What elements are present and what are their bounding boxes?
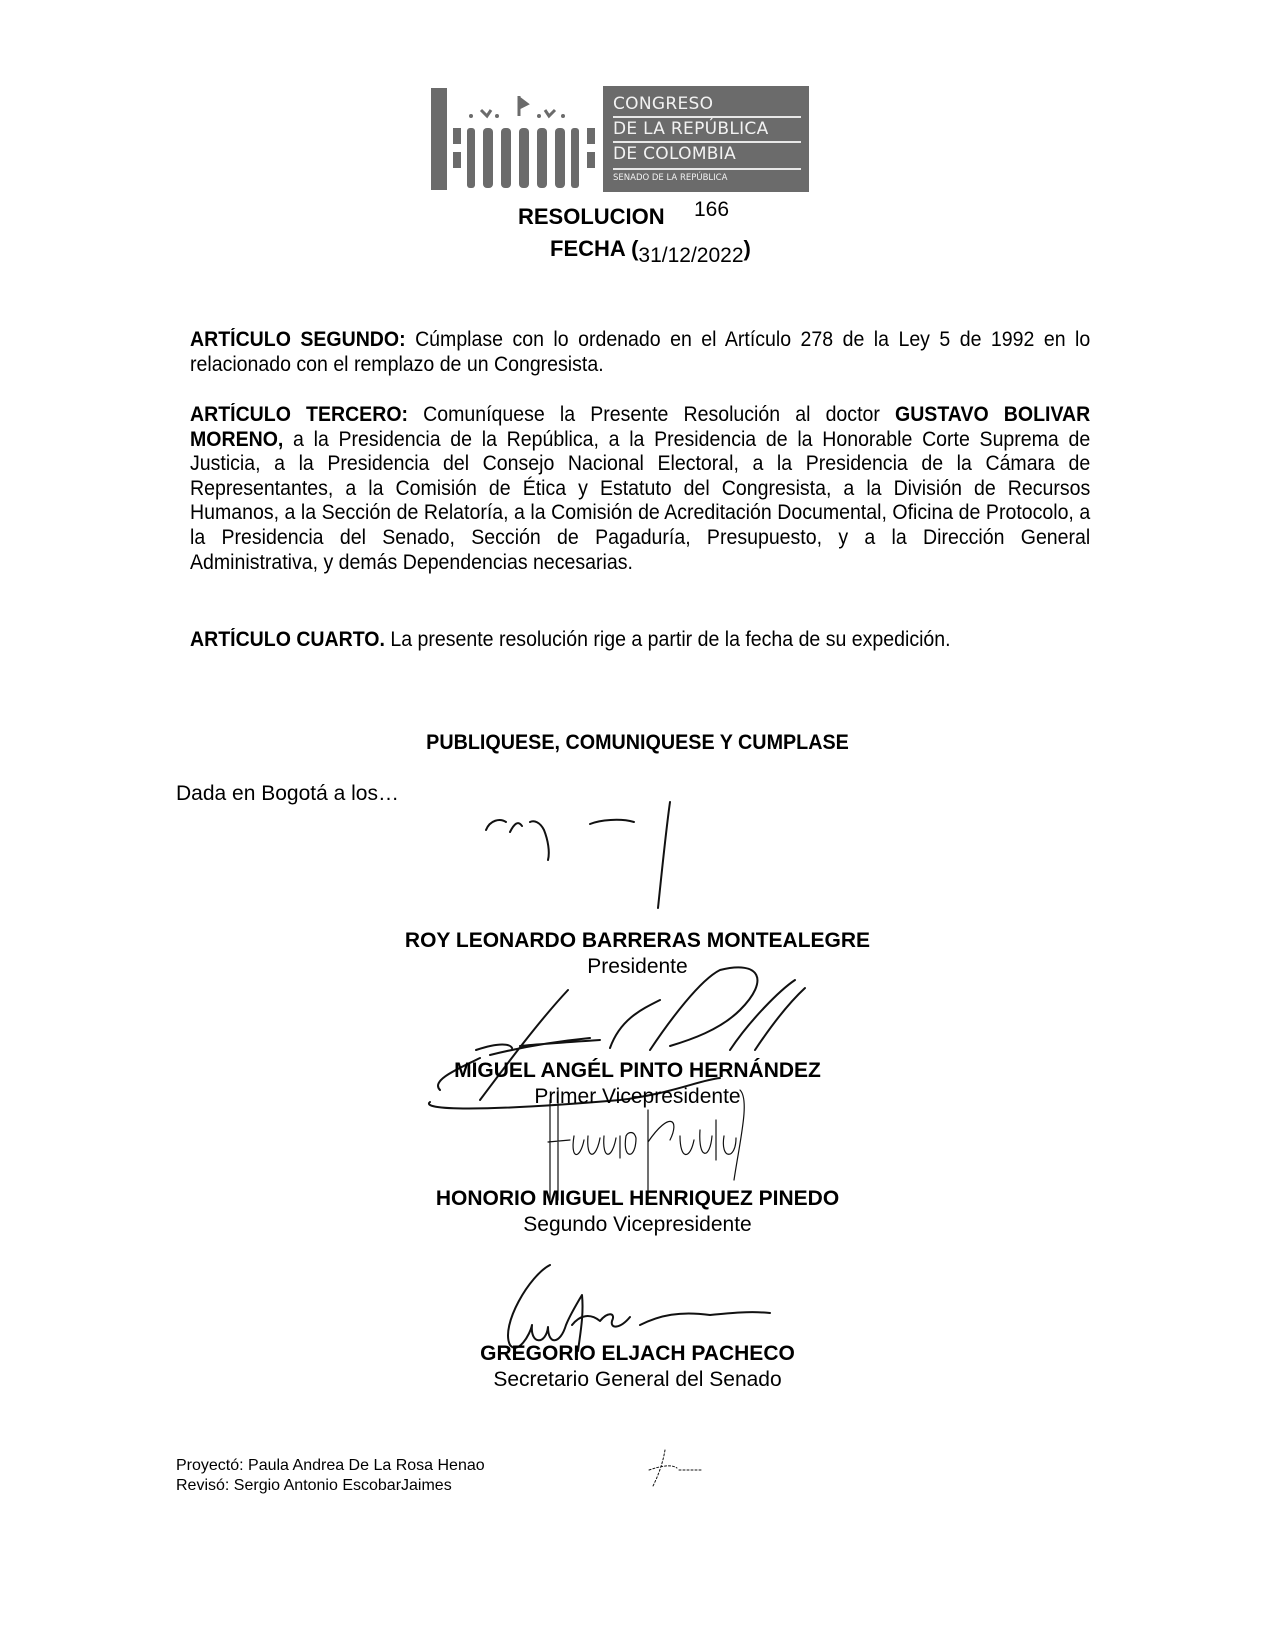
resolution-header: RESOLUCION 166 (518, 204, 665, 230)
signatory-secretary: GREGORIO ELJACH PACHECO Secretario Gener… (0, 1341, 1275, 1393)
article-text: a la Presidencia de la República, a la P… (190, 428, 1090, 574)
resolution-date: FECHA (31/12/2022) (550, 236, 751, 262)
logo-text-box: CONGRESO DE LA REPÚBLICA DE COLOMBIA SEN… (603, 86, 809, 192)
signatory-president: ROY LEONARDO BARRERAS MONTEALEGRE Presid… (0, 928, 1275, 980)
document-page: CONGRESO DE LA REPÚBLICA DE COLOMBIA SEN… (0, 0, 1275, 1650)
projected-by: Proyectó: Paula Andrea De La Rosa Henao (176, 1456, 485, 1476)
signatory-name: HONORIO MIGUEL HENRIQUEZ PINEDO (0, 1186, 1275, 1212)
resolution-number: 166 (694, 198, 729, 222)
reviewed-by: Revisó: Sergio Antonio EscobarJaimes (176, 1476, 485, 1496)
signatory-role: Presidente (0, 954, 1275, 980)
logo-line-congreso: CONGRESO (613, 94, 801, 114)
article-text: La presente resolución rige a partir de … (385, 628, 951, 651)
signature-secretary-icon (490, 1255, 790, 1355)
article-text: Comuníquese la Presente Resolución al do… (408, 403, 895, 426)
signatory-name: ROY LEONARDO BARRERAS MONTEALEGRE (0, 928, 1275, 954)
article-second: ARTÍCULO SEGUNDO: Cúmplase con lo ordena… (190, 328, 1090, 377)
article-heading: ARTÍCULO CUARTO. (190, 628, 385, 651)
resolution-label: RESOLUCION (518, 204, 665, 229)
congress-logo: CONGRESO DE LA REPÚBLICA DE COLOMBIA SEN… (431, 86, 809, 192)
logo-divider (613, 168, 801, 170)
drafting-credits: Proyectó: Paula Andrea De La Rosa Henao … (176, 1456, 485, 1496)
capitol-emblem-icon (431, 86, 601, 192)
logo-line-republica: DE LA REPÚBLICA (613, 119, 801, 139)
date-value: 31/12/2022 (638, 244, 743, 267)
signatory-role: Primer Vicepresidente (0, 1084, 1275, 1110)
publish-statement: PUBLIQUESE, COMUNIQUESE Y CUMPLASE (38, 731, 1237, 755)
date-label: FECHA ( (550, 236, 638, 261)
signatory-first-vicepresident: MIGUEL ANGÉL PINTO HERNÁNDEZ Primer Vice… (0, 1058, 1275, 1110)
logo-divider (613, 141, 801, 143)
logo-line-colombia: DE COLOMBIA (613, 144, 801, 164)
given-in-bogota: Dada en Bogotá a los… (176, 782, 399, 806)
signatory-role: Segundo Vicepresidente (0, 1212, 1275, 1238)
logo-divider (613, 116, 801, 118)
signatory-name: MIGUEL ANGÉL PINTO HERNÁNDEZ (0, 1058, 1275, 1084)
logo-line-senado: SENADO DE LA REPÚBLICA (613, 173, 801, 183)
article-fourth: ARTÍCULO CUARTO. La presente resolución … (190, 628, 1090, 653)
signatory-second-vicepresident: HONORIO MIGUEL HENRIQUEZ PINEDO Segundo … (0, 1186, 1275, 1238)
signatory-name: GREGORIO ELJACH PACHECO (0, 1341, 1275, 1367)
article-third: ARTÍCULO TERCERO: Comuníquese la Present… (190, 403, 1090, 575)
signatory-role: Secretario General del Senado (0, 1367, 1275, 1393)
signature-president-icon (470, 800, 710, 910)
article-heading: ARTÍCULO SEGUNDO: (190, 328, 406, 351)
article-heading: ARTÍCULO TERCERO: (190, 403, 408, 426)
initials-icon (645, 1448, 705, 1488)
date-close: ) (744, 236, 751, 261)
